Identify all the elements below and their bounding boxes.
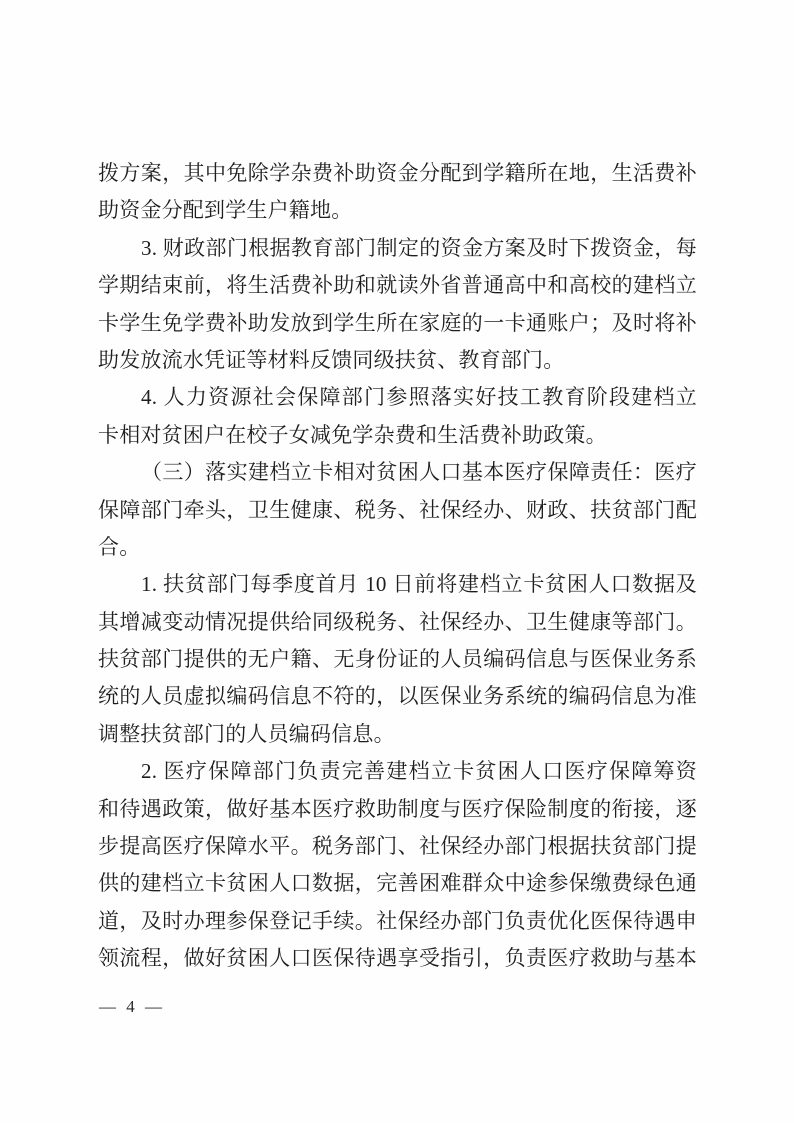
text-line: 助发放流水凭证等材料反馈同级扶贫、教育部门。 bbox=[98, 342, 697, 379]
text-line: 调整扶贫部门的人员编码信息。 bbox=[98, 716, 697, 753]
text-line: 扶贫部门提供的无户籍、无身份证的人员编码信息与医保业务系 bbox=[98, 641, 697, 678]
text-line: 卡学生免学费补助发放到学生所在家庭的一卡通账户；及时将补 bbox=[98, 305, 697, 342]
text-line: 道，及时办理参保登记手续。社保经办部门负责优化医保待遇申 bbox=[98, 903, 697, 940]
document-page: 拨方案，其中免除学杂费补助资金分配到学籍所在地，生活费补 助资金分配到学生户籍地… bbox=[0, 0, 794, 1123]
text-line: 供的建档立卡贫困人口数据，完善困难群众中途参保缴费绿色通 bbox=[98, 865, 697, 902]
text-line: 拨方案，其中免除学杂费补助资金分配到学籍所在地，生活费补 bbox=[98, 155, 697, 192]
text-line: 其增减变动情况提供给同级税务、社保经办、卫生健康等部门。 bbox=[98, 604, 697, 641]
text-line: 3. 财政部门根据教育部门制定的资金方案及时下拨资金，每 bbox=[98, 230, 697, 267]
text-line: 助资金分配到学生户籍地。 bbox=[98, 192, 697, 229]
document-body-text: 拨方案，其中免除学杂费补助资金分配到学籍所在地，生活费补 助资金分配到学生户籍地… bbox=[98, 155, 697, 978]
text-line: 合。 bbox=[98, 529, 697, 566]
text-line: 卡相对贫困户在校子女减免学杂费和生活费补助政策。 bbox=[98, 417, 697, 454]
text-line: 领流程，做好贫困人口医保待遇享受指引，负责医疗救助与基本 bbox=[98, 940, 697, 977]
text-line: 1. 扶贫部门每季度首月 10 日前将建档立卡贫困人口数据及 bbox=[98, 566, 697, 603]
text-line: 统的人员虚拟编码信息不符的，以医保业务系统的编码信息为准 bbox=[98, 678, 697, 715]
text-line: 步提高医疗保障水平。税务部门、社保经办部门根据扶贫部门提 bbox=[98, 828, 697, 865]
page-number: — 4 — bbox=[99, 995, 165, 1019]
text-line: （三）落实建档立卡相对贫困人口基本医疗保障责任：医疗 bbox=[98, 454, 697, 491]
text-line: 和待遇政策，做好基本医疗救助制度与医疗保险制度的衔接，逐 bbox=[98, 791, 697, 828]
text-line: 2. 医疗保障部门负责完善建档立卡贫困人口医疗保障筹资 bbox=[98, 753, 697, 790]
text-line: 保障部门牵头，卫生健康、税务、社保经办、财政、扶贫部门配 bbox=[98, 492, 697, 529]
text-line: 学期结束前，将生活费补助和就读外省普通高中和高校的建档立 bbox=[98, 267, 697, 304]
text-line: 4. 人力资源社会保障部门参照落实好技工教育阶段建档立 bbox=[98, 379, 697, 416]
